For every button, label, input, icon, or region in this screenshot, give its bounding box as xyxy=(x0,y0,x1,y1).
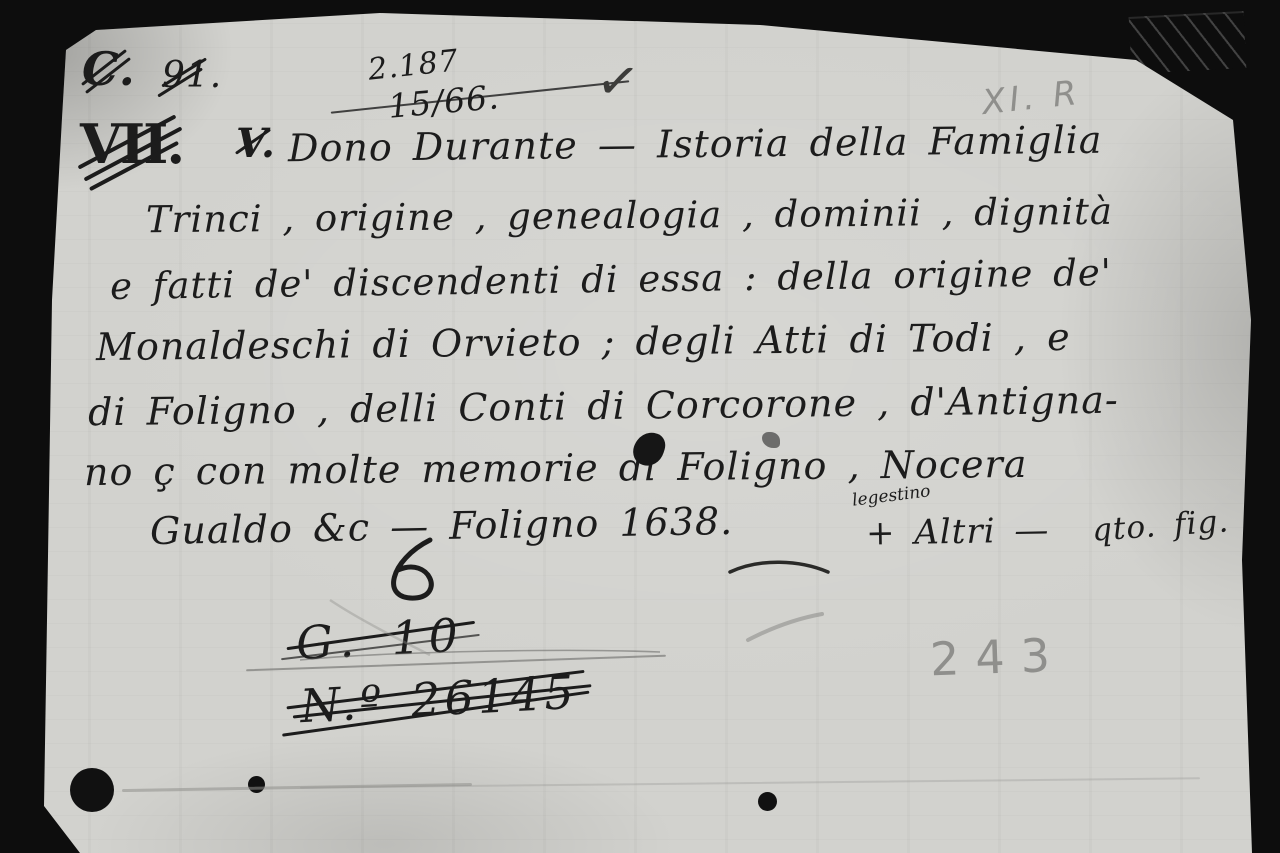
struck-inventory-number: N.º 26145 xyxy=(299,665,579,733)
background-scratch-hatching xyxy=(1129,11,1247,74)
pencil-number-text: 243 xyxy=(929,628,1067,687)
see-abbreviation-text: V. xyxy=(236,120,276,167)
entry-line-3: e fatti de' discendenti di essa : della … xyxy=(110,251,1112,308)
format-note: qto. fig. xyxy=(1091,503,1230,548)
manuscript-paper-sheet: C. 91. VII. 2.187 15/66. ✓ XI. R xyxy=(0,0,1280,853)
entry-line-4: Monaldeschi di Orvieto ; degli Atti di T… xyxy=(96,315,1071,369)
swash-under-date xyxy=(730,562,828,572)
see-abbreviation: V. xyxy=(236,120,276,167)
struck-roman-numeral: VII. xyxy=(80,112,183,176)
checkmark-glyph: ✓ xyxy=(592,49,644,115)
entry-line-5: di Foligno , delli Conti di Corcorone , … xyxy=(88,378,1119,435)
punched-hole-large xyxy=(70,768,114,812)
struck-letter: C. xyxy=(82,42,136,96)
new-reference: 15/66. xyxy=(387,77,502,126)
ink-dot-centre xyxy=(758,792,777,811)
pencil-classmark-text: XI. R xyxy=(980,73,1082,123)
new-reference-text: 15/66. xyxy=(387,77,502,126)
pencil-classmark: XI. R xyxy=(980,73,1082,123)
entry-line-7: Gualdo &c — Foligno 1638. xyxy=(150,499,734,553)
checkmark: ✓ xyxy=(592,49,644,115)
entry-line-1: Dono Durante — Istoria della Famiglia xyxy=(288,118,1103,171)
struck-price: G. 10 xyxy=(295,608,467,671)
ink-dot-small xyxy=(248,776,265,793)
entry-line-2: Trinci , origine , genealogia , dominii … xyxy=(146,190,1113,241)
imprint-tail: + Altri — xyxy=(866,510,1050,553)
photograph-of-manuscript-slip: C. 91. VII. 2.187 15/66. ✓ XI. R xyxy=(0,0,1280,853)
pencil-scribble xyxy=(748,614,822,640)
pencil-number: 243 xyxy=(929,628,1067,687)
struck-small-number: 91. xyxy=(162,55,222,96)
